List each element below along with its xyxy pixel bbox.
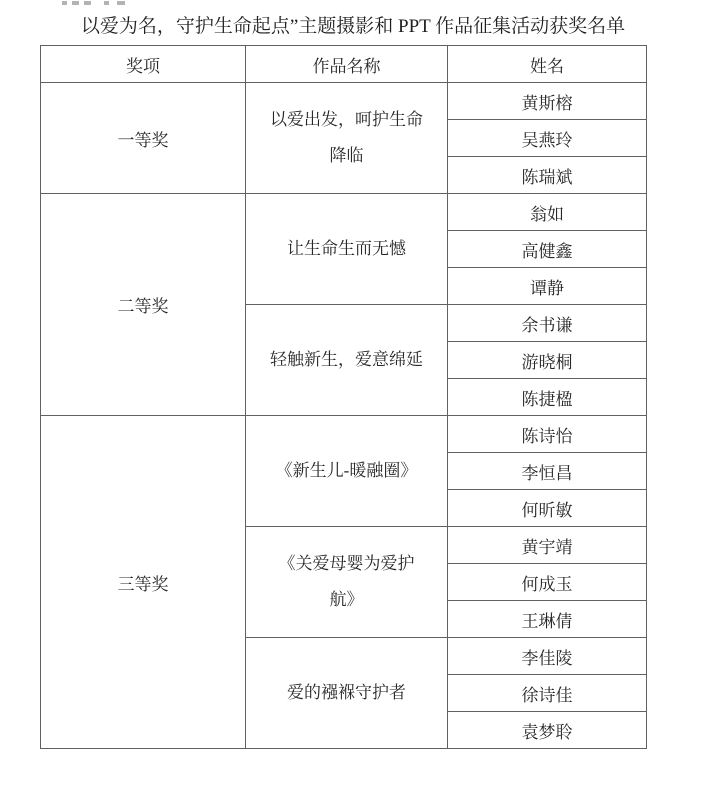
document-title: 以爱为名，守护生命起点”主题摄影和 PPT 作品征集活动获奖名单 [40,13,666,41]
name-cell: 高健鑫 [448,231,647,268]
name-cell: 何成玉 [448,564,647,601]
table-row: 一等奖 以爱出发，呵护生命降临 黄斯榕 [41,83,647,120]
clipped-glyph-mark [117,1,125,5]
name-cell: 陈瑞斌 [448,157,647,194]
name-cell: 黄斯榕 [448,83,647,120]
award-cell-second-prize: 二等奖 [41,194,246,416]
work-cell: 爱的襁褓守护者 [246,638,448,749]
work-title: 以爱出发，呵护生命降临 [268,102,426,174]
document-page: 以爱为名，守护生命起点”主题摄影和 PPT 作品征集活动获奖名单 奖项 作品名称… [0,0,701,791]
clipped-glyph-mark [62,1,67,5]
col-header-work: 作品名称 [246,46,448,83]
name-cell: 李佳陵 [448,638,647,675]
clipped-text-fragment [0,0,200,7]
col-header-award: 奖项 [41,46,246,83]
work-title: 轻触新生，爱意绵延 [268,342,426,378]
award-cell-third-prize: 三等奖 [41,416,246,749]
work-cell: 《关爱母婴为爱护航》 [246,527,448,638]
name-cell: 陈捷楹 [448,379,647,416]
work-title: 让生命生而无憾 [268,231,426,267]
work-title: 《新生儿-暖融圈》 [268,453,426,489]
name-cell: 黄宇靖 [448,527,647,564]
work-cell: 《新生儿-暖融圈》 [246,416,448,527]
work-cell: 让生命生而无憾 [246,194,448,305]
work-title: 爱的襁褓守护者 [268,675,426,711]
table-row: 二等奖 让生命生而无憾 翁如 [41,194,647,231]
work-cell: 轻触新生，爱意绵延 [246,305,448,416]
name-cell: 王琳倩 [448,601,647,638]
header-row: 奖项 作品名称 姓名 [41,46,647,83]
name-cell: 陈诗怡 [448,416,647,453]
name-cell: 袁梦聆 [448,712,647,749]
name-cell: 何昕敏 [448,490,647,527]
work-cell: 以爱出发，呵护生命降临 [246,83,448,194]
name-cell: 李恒昌 [448,453,647,490]
name-cell: 吴燕玲 [448,120,647,157]
col-header-name: 姓名 [448,46,647,83]
work-title: 《关爱母婴为爱护航》 [268,546,426,618]
awards-table: 奖项 作品名称 姓名 一等奖 以爱出发，呵护生命降临 黄斯榕 吴燕玲 陈瑞斌 [40,45,647,749]
clipped-glyph-mark [104,1,109,5]
award-cell-first-prize: 一等奖 [41,83,246,194]
name-cell: 翁如 [448,194,647,231]
name-cell: 游晓桐 [448,342,647,379]
table-row: 三等奖 《新生儿-暖融圈》 陈诗怡 [41,416,647,453]
name-cell: 谭静 [448,268,647,305]
clipped-glyph-mark [72,1,79,5]
name-cell: 余书谦 [448,305,647,342]
clipped-glyph-mark [84,1,91,5]
name-cell: 徐诗佳 [448,675,647,712]
